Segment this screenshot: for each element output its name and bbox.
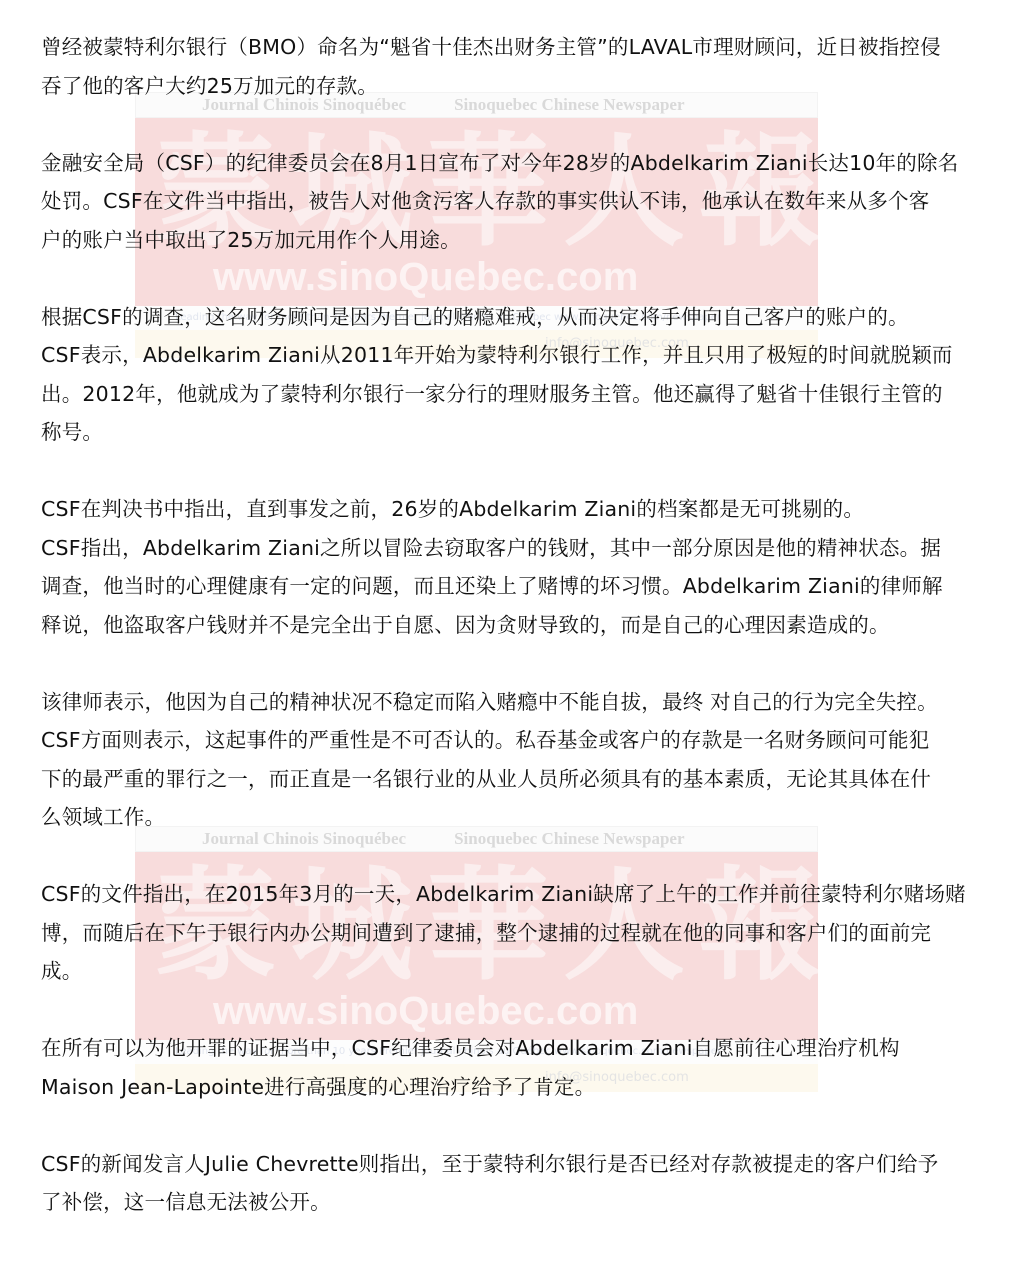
paragraph-spokesperson: CSF的新闻发言人Julie Chevrette则指出，至于蒙特利尔银行是否已经… bbox=[41, 1145, 1006, 1222]
text-line: 调查，他当时的心理健康有一定的问题，而且还染上了赌博的坏习惯。Abdelkari… bbox=[41, 574, 943, 598]
text-line: 下的最严重的罪行之一，而正直是一名银行业的从业人员所必须具有的基本素质，无论其具… bbox=[41, 767, 931, 791]
paragraph-judgment: CSF在判决书中指出，直到事发之前，26岁的Abdelkarim Ziani的档… bbox=[41, 490, 1006, 644]
text-line: CSF的文件指出，在2015年3月的一天，Abdelkarim Ziani缺席了… bbox=[41, 882, 966, 906]
text-line: 释说，他盗取客户钱财并不是完全出于自愿、因为贪财导致的，而是自己的心理因素造成的… bbox=[41, 613, 890, 637]
text-line: 称号。 bbox=[41, 420, 103, 444]
text-line: Maison Jean-Lapointe进行高强度的心理治疗给予了肯定。 bbox=[41, 1075, 595, 1099]
text-line: 博，而随后在下午于银行内办公期间遭到了逮捕，整个逮捕的过程就在他的同事和客户们的… bbox=[41, 921, 931, 945]
text-line: CSF方面则表示，这起事件的严重性是不可否认的。私吞基金或客户的存款是一名财务顾… bbox=[41, 728, 929, 752]
text-line: 户的账户当中取出了25万加元用作个人用途。 bbox=[41, 228, 461, 252]
text-line: 处罚。CSF在文件当中指出，被告人对他贪污客人存款的事实供认不讳，他承认在数年来… bbox=[41, 189, 929, 213]
paragraph-arrest: CSF的文件指出，在2015年3月的一天，Abdelkarim Ziani缺席了… bbox=[41, 875, 1006, 991]
text-line: 金融安全局（CSF）的纪律委员会在8月1日宣布了对今年28岁的Abdelkari… bbox=[41, 151, 958, 175]
paragraph-therapy: 在所有可以为他开罪的证据当中，CSF纪律委员会对Abdelkarim Ziani… bbox=[41, 1029, 1006, 1106]
text-line: CSF表示，Abdelkarim Ziani从2011年开始为蒙特利尔银行工作，… bbox=[41, 343, 953, 367]
paragraph-lawyer: 该律师表示，他因为自己的精神状况不稳定而陷入赌瘾中不能自拔，最终 对自己的行为完… bbox=[41, 683, 1006, 837]
text-line: 曾经被蒙特利尔银行（BMO）命名为“魁省十佳杰出财务主管”的LAVAL市理财顾问… bbox=[41, 35, 941, 59]
text-line: 么领域工作。 bbox=[41, 805, 165, 829]
text-line: CSF的新闻发言人Julie Chevrette则指出，至于蒙特利尔银行是否已经… bbox=[41, 1152, 938, 1176]
paragraph-intro: 曾经被蒙特利尔银行（BMO）命名为“魁省十佳杰出财务主管”的LAVAL市理财顾问… bbox=[41, 28, 1006, 105]
article-body: 曾经被蒙特利尔银行（BMO）命名为“魁省十佳杰出财务主管”的LAVAL市理财顾问… bbox=[41, 28, 1006, 1222]
text-line: 该律师表示，他因为自己的精神状况不稳定而陷入赌瘾中不能自拔，最终 对自己的行为完… bbox=[41, 690, 938, 714]
text-line: 吞了他的客户大约25万加元的存款。 bbox=[41, 74, 378, 98]
text-line: 了补偿，这一信息无法被公开。 bbox=[41, 1190, 331, 1214]
text-line: CSF指出，Abdelkarim Ziani之所以冒险去窃取客户的钱财，其中一部… bbox=[41, 536, 941, 560]
text-line: CSF在判决书中指出，直到事发之前，26岁的Abdelkarim Ziani的档… bbox=[41, 497, 864, 521]
text-line: 出。2012年，他就成为了蒙特利尔银行一家分行的理财服务主管。他还赢得了魁省十佳… bbox=[41, 382, 943, 406]
text-line: 根据CSF的调查，这名财务顾问是因为自己的赌瘾难戒，从而决定将手伸向自己客户的账… bbox=[41, 305, 909, 329]
paragraph-csf-sanction: 金融安全局（CSF）的纪律委员会在8月1日宣布了对今年28岁的Abdelkari… bbox=[41, 144, 1006, 260]
text-line: 成。 bbox=[41, 959, 82, 983]
paragraph-investigation: 根据CSF的调查，这名财务顾问是因为自己的赌瘾难戒，从而决定将手伸向自己客户的账… bbox=[41, 298, 1006, 452]
text-line: 在所有可以为他开罪的证据当中，CSF纪律委员会对Abdelkarim Ziani… bbox=[41, 1036, 900, 1060]
